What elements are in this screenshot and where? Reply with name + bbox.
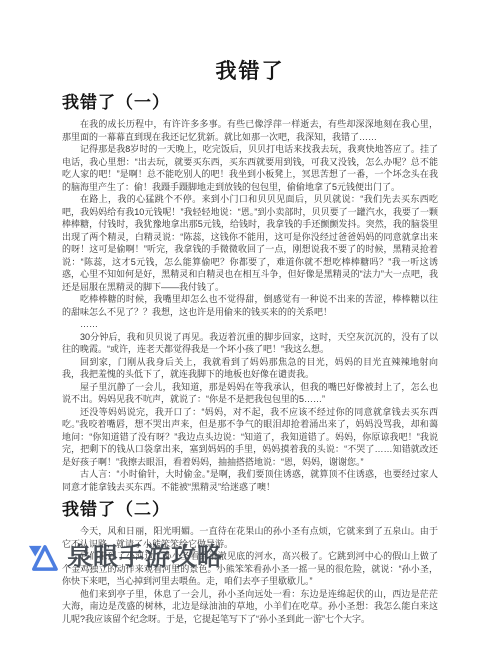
page-title: 我错了 bbox=[62, 58, 438, 86]
paragraph: 屋子里沉静了一会儿，我知道，那是妈妈在等我承认，但我的嘴巴好像被封上了，怎么也说… bbox=[62, 381, 438, 406]
document-content: 我错了 我错了（一） 在我的成长历程中，有许许多多事。有些已像浮萍一样逝去，有些… bbox=[0, 0, 500, 625]
section-2-heading: 我错了（二） bbox=[62, 499, 438, 521]
section-2: 我错了（二） 今天，风和日丽，阳光明媚。一直待在花果山的孙小圣有点烦，它就来到了… bbox=[62, 499, 438, 625]
paragraph: 30分钟后，我和贝贝说了再见。我迈着沉重的脚步回家，这时，天空灰沉沉的，没有了以… bbox=[62, 331, 438, 356]
paragraph: 回到家，门刚从我身后关上，我就看到了妈妈那焦急的目光，妈妈的目光直辣辣地射向我，… bbox=[62, 356, 438, 381]
paragraph: 古人言：“小时偷针，大时偷金。”是啊，我们要顶住诱惑，就算顶不住诱惑，也要经过家… bbox=[62, 468, 438, 493]
paragraph-ellipsis: …… bbox=[62, 318, 438, 331]
section-1: 我错了（一） 在我的成长历程中，有许许多多事。有些已像浮萍一样逝去，有些却深深地… bbox=[62, 92, 438, 493]
paragraph: 还没等妈妈说完，我开口了：“妈妈，对不起，我不应该不经过你的同意就拿钱去买东西吃… bbox=[62, 406, 438, 469]
paragraph: 吃棒棒糖的时候，我嘴里却怎么也不觉得甜，倒感觉有一种说不出来的苦涩，棒棒糖以往的… bbox=[62, 293, 438, 318]
section-1-heading: 我错了（一） bbox=[62, 92, 438, 114]
paragraph: 他们来到亭子里，休息了一会儿，孙小圣向远处一看：东边是连绵起伏的山，西边是茫茫大… bbox=[62, 588, 438, 626]
paragraph: 在我的成长历程中，有许许多多事。有些已像浮萍一样逝去，有些却深深地刻在我心里，那… bbox=[62, 118, 438, 143]
paragraph: 今天，风和日丽，阳光明媚。一直待在花果山的孙小圣有点烦，它就来到了五泉山。由于它… bbox=[62, 525, 438, 550]
paragraph: 记得那是我8岁时的一天晚上，吃完饭后，贝贝打电话来找我去玩，我爽快地答应了。挂了… bbox=[62, 143, 438, 193]
paragraph: 在路上，我的心猛跳个不停。来到小门口和贝贝见面后，贝贝就说：“我们先去买东西吃吧… bbox=[62, 193, 438, 293]
document-page: 我错了 我错了（一） 在我的成长历程中，有许许多多事。有些已像浮萍一样逝去，有些… bbox=[0, 0, 500, 647]
paragraph: 它们来到了小河边，孙小圣看到清澈见底的河水，高兴极了。它跳到河中心的假山上做了个… bbox=[62, 550, 438, 588]
